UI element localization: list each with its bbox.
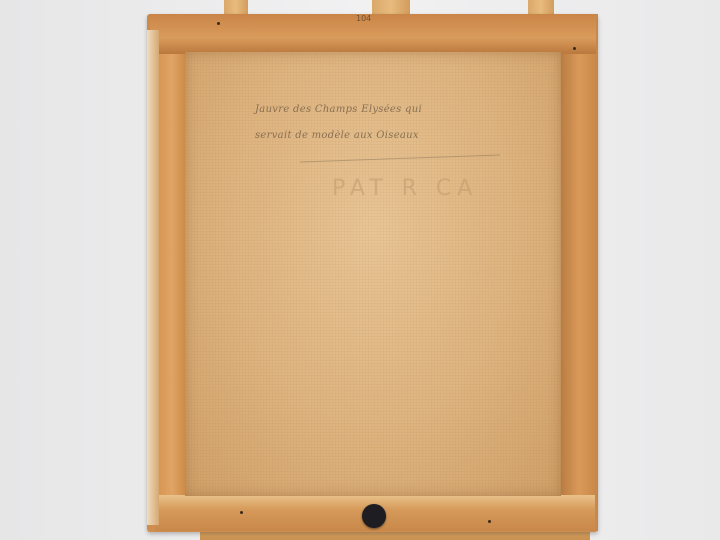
faded-stamp: PAT R CA — [332, 176, 478, 201]
canvas-edge-left — [147, 30, 159, 525]
inscription-line-2: servait de modèle aux Oiseaux — [255, 130, 515, 141]
stretcher-bar-top — [150, 14, 596, 54]
hanging-hook-icon — [362, 504, 386, 528]
inscription-line-1: Jauvre des Champs Elysées qui — [255, 104, 515, 115]
canvas-back — [185, 52, 561, 496]
tack — [240, 511, 243, 514]
tack — [488, 520, 491, 523]
stretcher-bar-right — [560, 14, 598, 531]
frame-number-label: 104 — [356, 14, 371, 23]
stretcher-bar-left — [155, 14, 189, 531]
tack — [217, 22, 220, 25]
tack — [573, 47, 576, 50]
